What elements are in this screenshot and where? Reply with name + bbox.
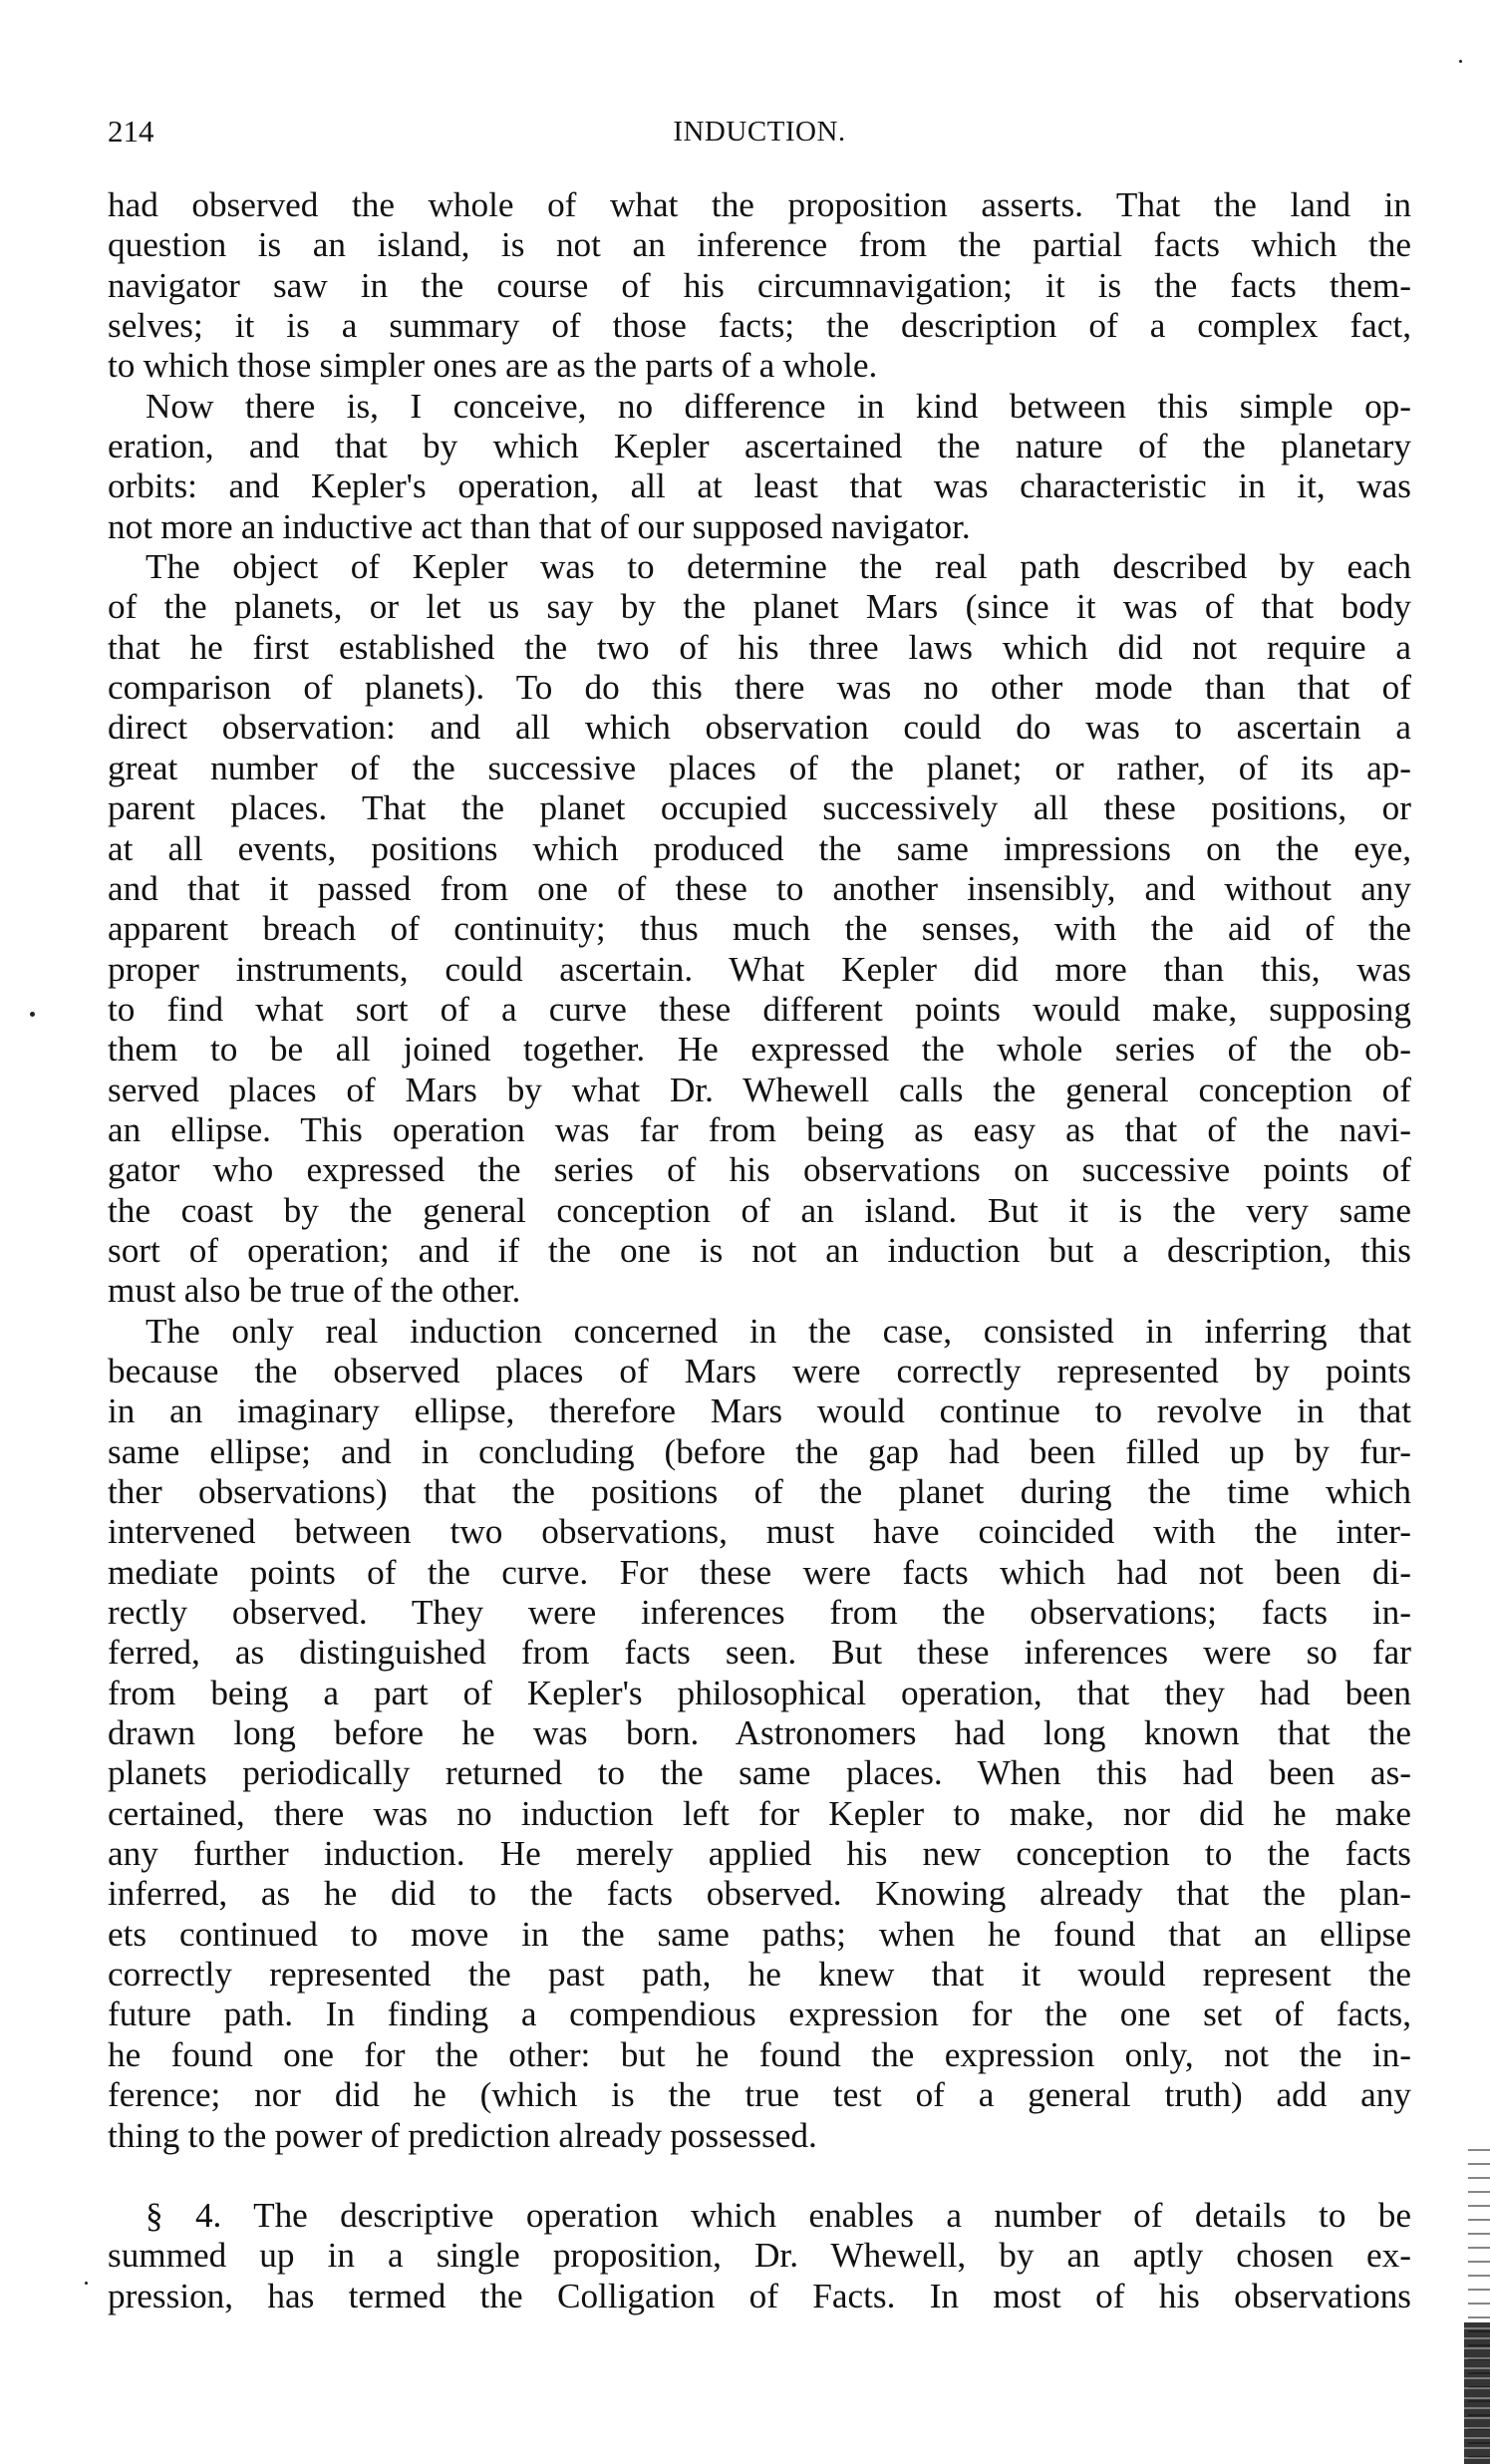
text-line: The object of Kepler was to determine th… [108, 547, 1411, 587]
text-line: not more an inductive act than that of o… [108, 507, 1411, 547]
text-line: thing to the power of prediction already… [108, 2116, 1411, 2156]
text-line: Now there is, I conceive, no difference … [108, 387, 1411, 427]
text-line: same ellipse; and in concluding (before … [108, 1432, 1411, 1472]
text-line: navigator saw in the course of his circu… [108, 266, 1411, 306]
text-line: selves; it is a summary of those facts; … [108, 306, 1411, 346]
text-line: drawn long before he was born. Astronome… [108, 1713, 1411, 1753]
text-line: of the planets, or let us say by the pla… [108, 587, 1411, 627]
text-line: proper instruments, could ascertain. Wha… [108, 950, 1411, 990]
text-line: had observed the whole of what the propo… [108, 185, 1411, 225]
running-title: INDUCTION. [108, 112, 1411, 152]
scan-speck [85, 2282, 88, 2285]
text-line: great number of the successive places of… [108, 749, 1411, 788]
text-line: certained, there was no induction left f… [108, 1794, 1411, 1834]
text-line: The only real induction concerned in the… [108, 1312, 1411, 1352]
text-line: from being a part of Kepler's philosophi… [108, 1674, 1411, 1713]
text-line: pression, has termed the Colligation of … [108, 2277, 1411, 2316]
text-line: ther observations) that the positions of… [108, 1472, 1411, 1512]
text-line: parent places. That the planet occupied … [108, 788, 1411, 828]
text-line: future path. In finding a compendious ex… [108, 1995, 1411, 2034]
text-line: ets continued to move in the same paths;… [108, 1915, 1411, 1955]
text-line: that he first established the two of his… [108, 628, 1411, 668]
text-line: at all events, positions which produced … [108, 829, 1411, 869]
section-4-paragraph: § 4. The descriptive operation which ena… [108, 2196, 1411, 2316]
text-line: them to be all joined together. He expre… [108, 1030, 1411, 1070]
text-line: direct observation: and all which observ… [108, 708, 1411, 748]
text-line: to find what sort of a curve these diffe… [108, 990, 1411, 1030]
paragraph-continuation: had observed the whole of what the propo… [108, 185, 1411, 387]
text-line: to which those simpler ones are as the p… [108, 346, 1411, 386]
text-line: the coast by the general conception of a… [108, 1191, 1411, 1231]
text-line: an ellipse. This operation was far from … [108, 1110, 1411, 1150]
text-line: in an imaginary ellipse, therefore Mars … [108, 1391, 1411, 1431]
text-line: ference; nor did he (which is the true t… [108, 2075, 1411, 2115]
text-line: inferred, as he did to the facts observe… [108, 1874, 1411, 1914]
paragraph-kepler-comparison: Now there is, I conceive, no difference … [108, 387, 1411, 547]
text-line: ferred, as distinguished from facts seen… [108, 1633, 1411, 1673]
text-line: comparison of planets). To do this there… [108, 668, 1411, 708]
text-line: gator who expressed the series of his ob… [108, 1150, 1411, 1190]
text-line: sort of operation; and if the one is not… [108, 1231, 1411, 1271]
text-line: apparent breach of continuity; thus much… [108, 909, 1411, 949]
text-line: orbits: and Kepler's operation, all at l… [108, 466, 1411, 506]
text-line: he found one for the other: but he found… [108, 2035, 1411, 2075]
paragraph-real-induction: The only real induction concerned in the… [108, 1312, 1411, 2156]
text-line: intervened between two observations, mus… [108, 1512, 1411, 1552]
scan-speck [30, 1012, 35, 1017]
paragraph-kepler-object: The object of Kepler was to determine th… [108, 547, 1411, 1312]
text-line: and that it passed from one of these to … [108, 869, 1411, 909]
page-edge-shadow [1464, 2322, 1490, 2464]
text-line: any further induction. He merely applied… [108, 1834, 1411, 1874]
text-line: summed up in a single proposition, Dr. W… [108, 2236, 1411, 2276]
text-line: § 4. The descriptive operation which ena… [108, 2196, 1411, 2236]
text-line: correctly represented the past path, he … [108, 1955, 1411, 1995]
scan-speck [1459, 60, 1462, 63]
text-line: question is an island, is not an inferen… [108, 225, 1411, 265]
body-text: had observed the whole of what the propo… [108, 185, 1411, 2316]
running-head: 214 INDUCTION. [108, 112, 1411, 152]
text-line: planets periodically returned to the sam… [108, 1753, 1411, 1793]
text-line: because the observed places of Mars were… [108, 1352, 1411, 1391]
text-line: rectly observed. They were inferences fr… [108, 1593, 1411, 1633]
text-line: must also be true of the other. [108, 1271, 1411, 1311]
text-line: served places of Mars by what Dr. Whewel… [108, 1071, 1411, 1110]
text-line: eration, and that by which Kepler ascert… [108, 427, 1411, 466]
text-line: mediate points of the curve. For these w… [108, 1553, 1411, 1593]
